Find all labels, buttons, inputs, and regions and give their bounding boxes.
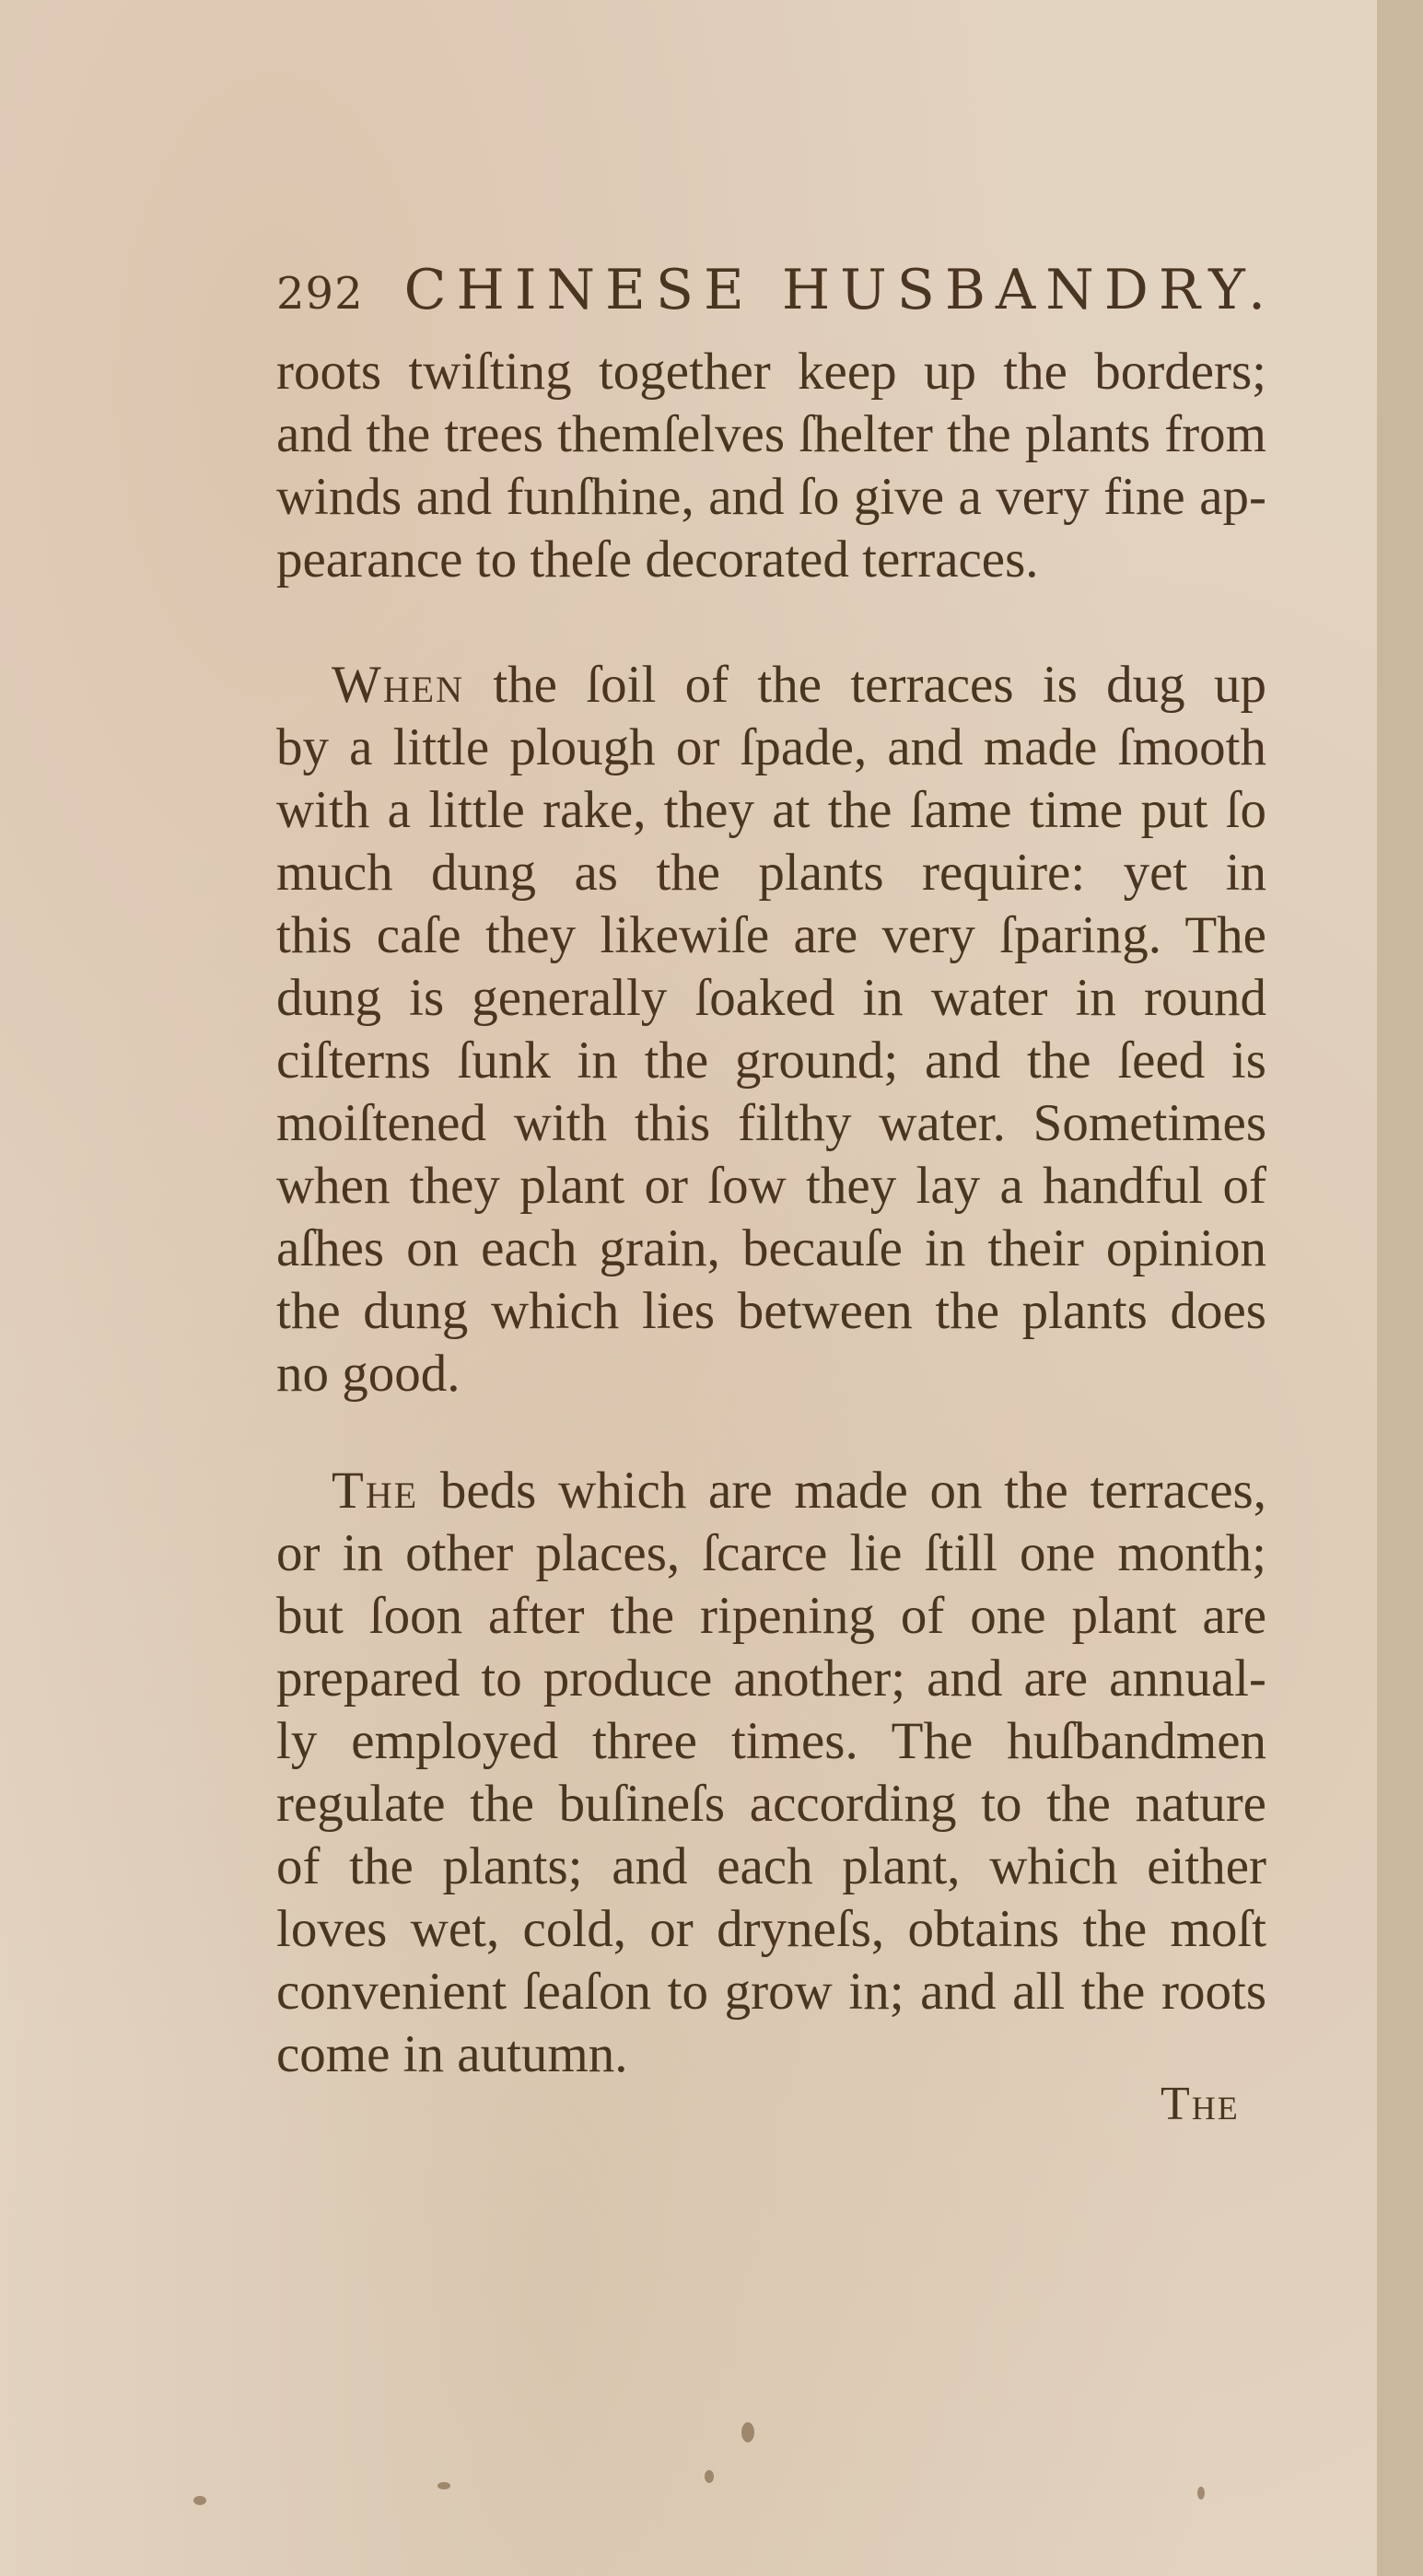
page-number: 292 <box>276 268 364 320</box>
lead-word: The <box>332 1462 418 1520</box>
text-line: with a little rake, they at the ſame tim… <box>276 779 1266 842</box>
text-line: convenient ſeaſon to grow in; and all th… <box>276 1961 1266 2023</box>
text-line: prepared to produce another; and are ann… <box>276 1648 1266 1710</box>
text-line: but ſoon after the ripening of one plant… <box>276 1585 1266 1648</box>
book-page: 292 CHINESE HUSBANDRY. roots twiſting to… <box>0 0 1377 2576</box>
text-line: When the ſoil of the terraces is dug up <box>276 654 1266 717</box>
text-line: regulate the buſineſs according to the n… <box>276 1773 1266 1836</box>
text-line: by a little plough or ſpade, and made ſm… <box>276 717 1266 779</box>
text-line: roots twiſting together keep up the bord… <box>276 341 1266 403</box>
text-line: pearance to theſe decorated terraces. <box>276 529 1266 591</box>
text-line: winds and funſhine, and ſo give a very f… <box>276 466 1266 529</box>
text-line: when they plant or ſow they lay a handfu… <box>276 1155 1266 1218</box>
text-line: The beds which are made on the terraces, <box>276 1460 1266 1522</box>
text-line: or in other places, ſcarce lie ſtill one… <box>276 1522 1266 1585</box>
text-line: much dung as the plants require: yet in <box>276 842 1266 904</box>
paper-spot <box>705 2470 714 2483</box>
paragraph-2: When the ſoil of the terraces is dug up … <box>276 654 1266 1405</box>
text-line: the dung which lies between the plants d… <box>276 1280 1266 1343</box>
page-header: 292 CHINESE HUSBANDRY. <box>276 258 1308 322</box>
text-line: this caſe they likewiſe are very ſparing… <box>276 904 1266 967</box>
text-line: no good. <box>276 1343 1266 1405</box>
text-line: come in autumn. <box>276 2023 1266 2086</box>
catchword: The <box>1161 2077 1240 2131</box>
text-line: ly employed three times. The huſbandmen <box>276 1710 1266 1773</box>
paper-spot <box>437 2482 450 2489</box>
text-fragment: the ſoil of the terraces is dug up <box>464 656 1266 714</box>
text-line: aſhes on each grain, becauſe in their op… <box>276 1218 1266 1280</box>
paper-spot <box>1197 2487 1205 2500</box>
text-line: loves wet, cold, or dryneſs, obtains the… <box>276 1898 1266 1961</box>
paper-spot <box>193 2496 206 2505</box>
running-title: CHINESE HUSBANDRY. <box>404 258 1277 322</box>
text-line: dung is generally ſoaked in water in rou… <box>276 967 1266 1030</box>
text-line: of the plants; and each plant, which eit… <box>276 1836 1266 1898</box>
paper-spot <box>741 2422 754 2442</box>
text-line: moiſtened with this filthy water. Someti… <box>276 1092 1266 1155</box>
page-edge <box>1377 0 1423 2576</box>
text-line: and the trees themſelves ſhelter the pla… <box>276 403 1266 466</box>
paragraph-3: The beds which are made on the terraces,… <box>276 1460 1266 2086</box>
paragraph-1: roots twiſting together keep up the bord… <box>276 341 1266 591</box>
lead-word: When <box>332 656 464 714</box>
text-fragment: beds which are made on the terraces, <box>418 1462 1266 1520</box>
text-line: ciſterns ſunk in the ground; and the ſee… <box>276 1030 1266 1092</box>
